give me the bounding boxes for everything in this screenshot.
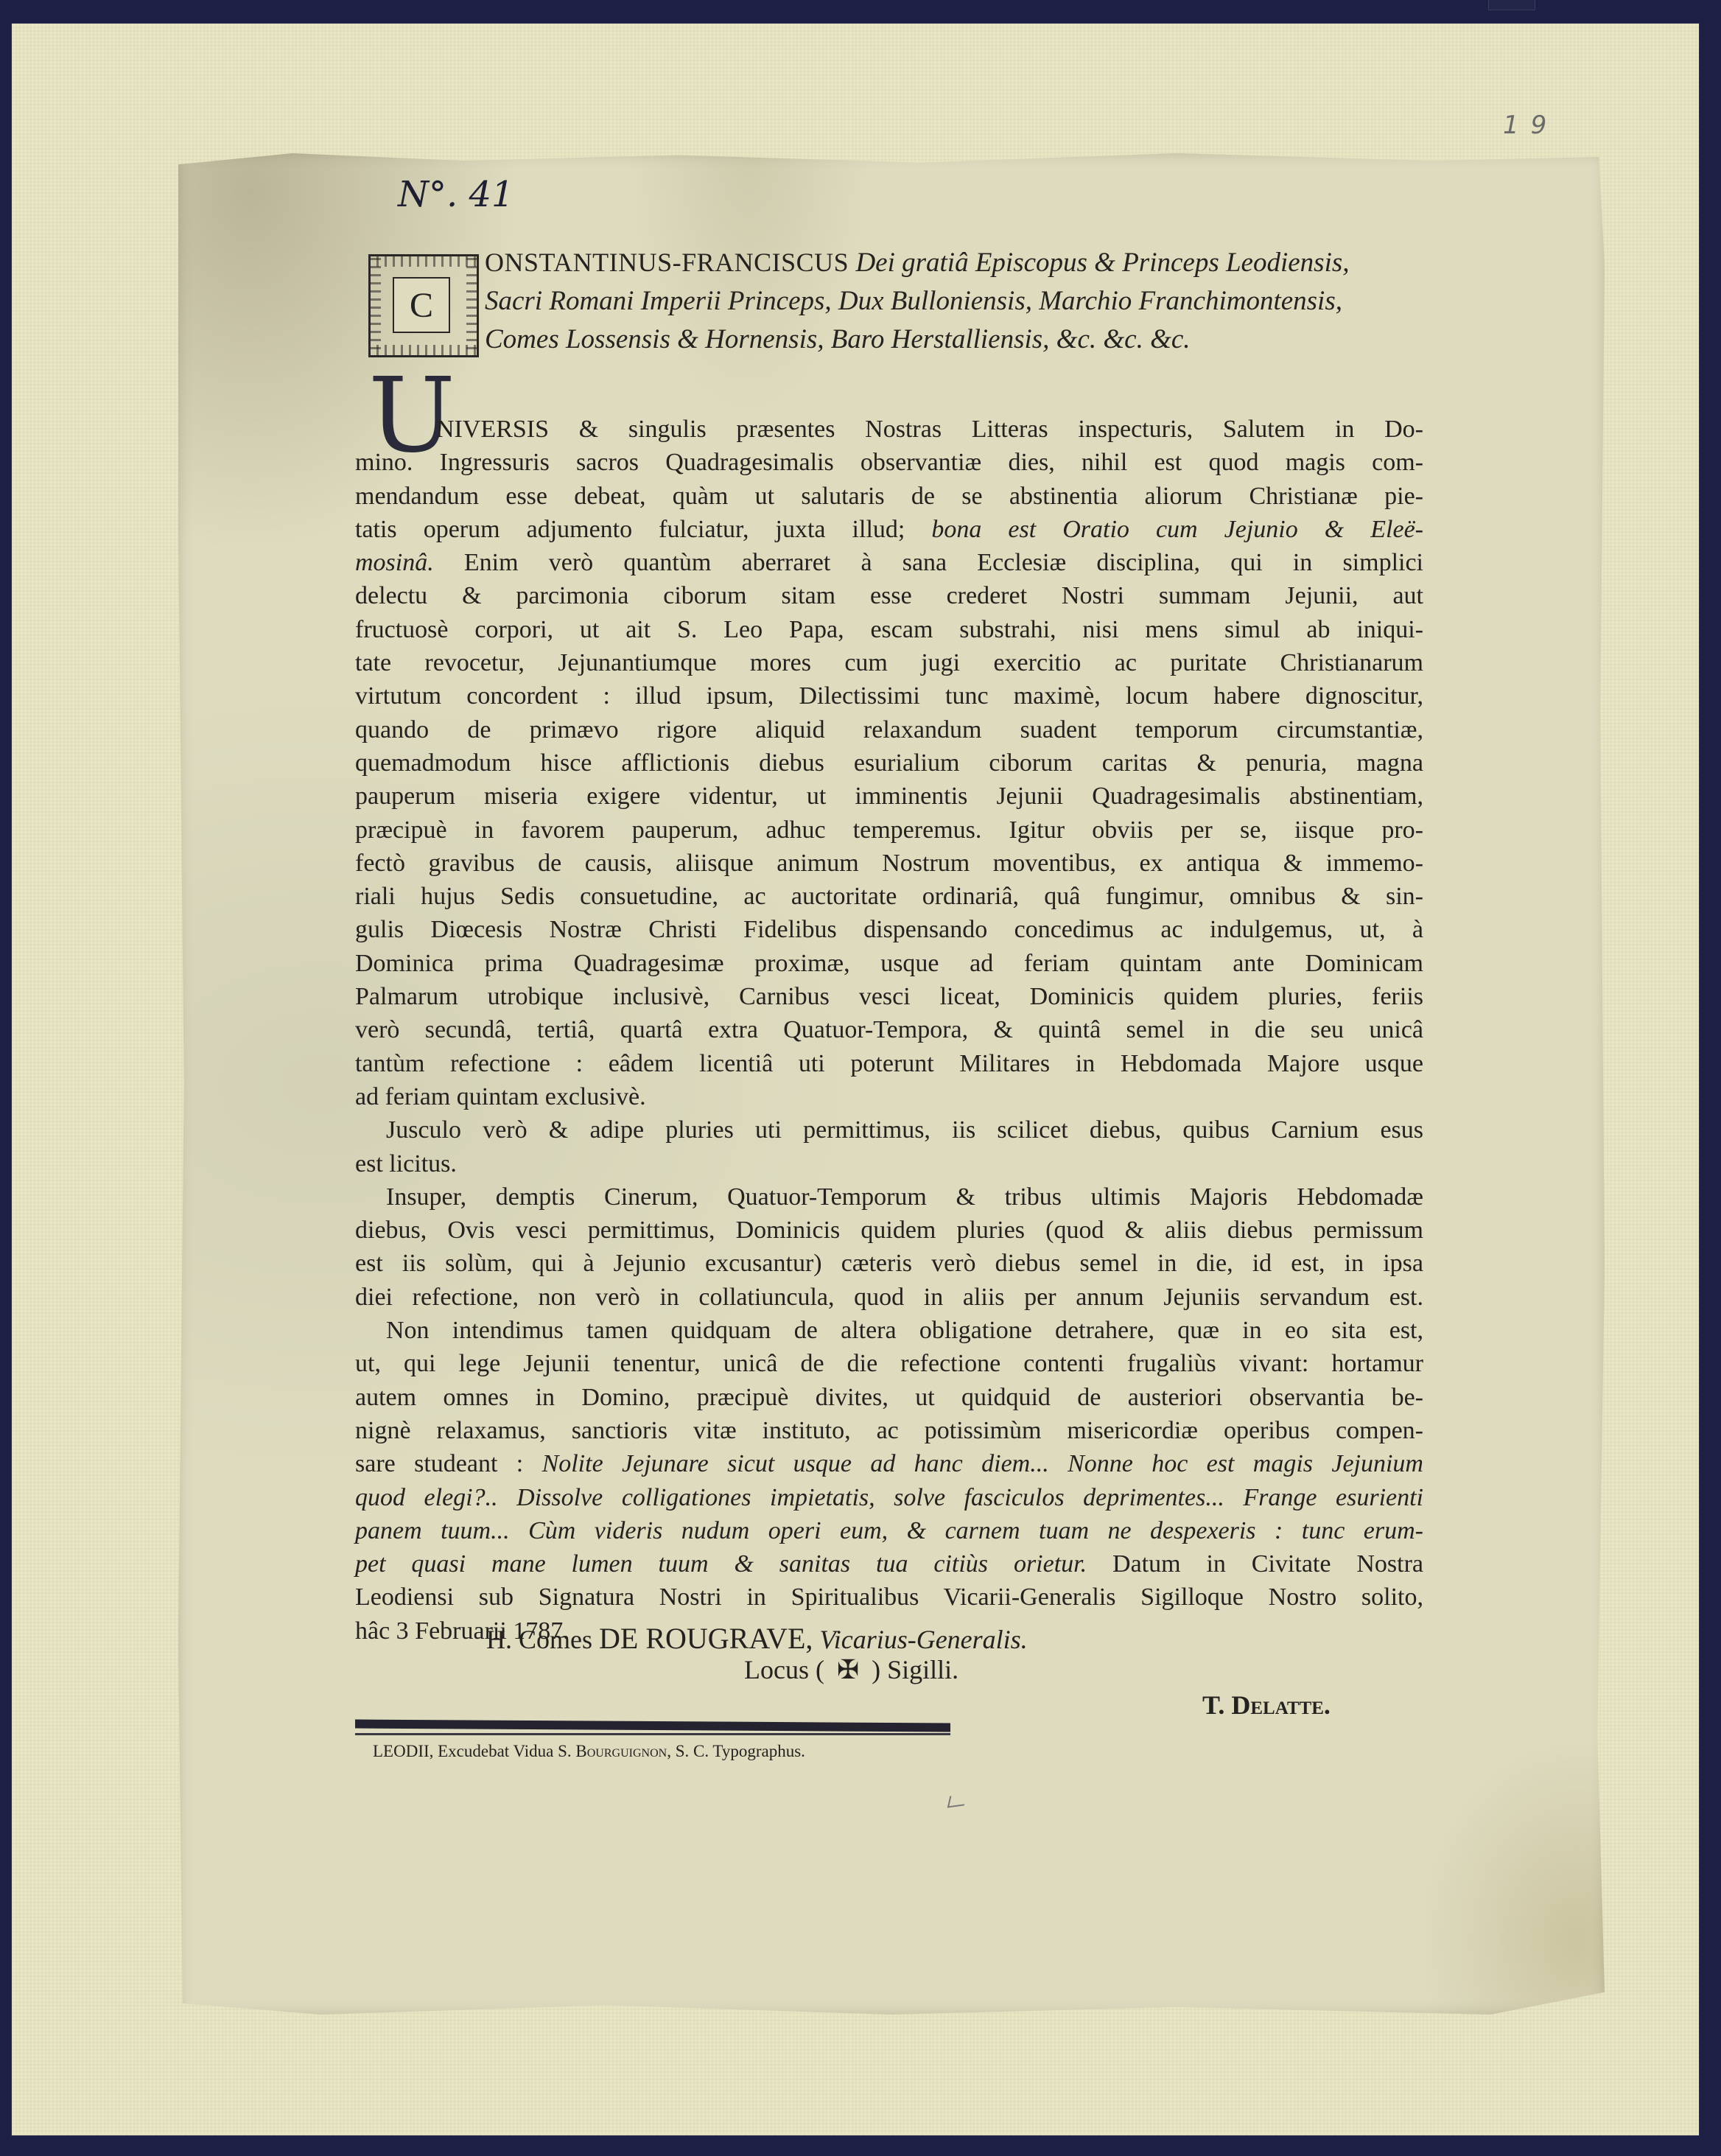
italic-quotation: Nolite Jejunare sicut usque ad hanc diem… [542,1450,1423,1477]
body-line: Jusculo verò & adipe pluries uti permitt… [355,1113,1423,1147]
imprint-rule-thin [355,1733,950,1735]
body-line: mino. Ingressuris sacros Quadragesimalis… [355,446,1423,479]
body-line: est iis solùm, qui à Jejunio excusantur)… [355,1247,1423,1280]
vicar-general-signature: H. Comes DE ROUGRAVE, Vicarius-Generalis… [486,1621,1028,1656]
body-line: diei refectione, non verò in collatiuncu… [355,1281,1423,1314]
ornamental-initial-frame: C [368,254,479,357]
printer-imprint: LEODII, Excudebat Vidua S. Bourguignon, … [373,1742,805,1761]
body-line: mosinâ. Enim verò quantùm aberraret à sa… [355,546,1423,579]
vicar-name: DE ROUGRAVE, [599,1622,813,1655]
body-line: pet quasi mane lumen tuum & sanitas tua … [355,1547,1423,1581]
body-line: Dominica prima Quadragesimæ proximæ, usq… [355,947,1423,980]
handwritten-item-number: N°. 41 [398,174,514,215]
title-line-3: Comes Lossensis & Hornensis, Baro Hersta… [485,321,1435,359]
title-line-2: Sacri Romani Imperii Princeps, Dux Bullo… [485,282,1435,321]
folio-number: 19 [1503,111,1558,140]
body-line: quando de primævo rigore aliquid relaxan… [355,713,1423,746]
body-line: fructuosè corpori, ut ait S. Leo Papa, e… [355,613,1423,646]
body-line: ut, qui lege Jejunii tenentur, unicâ de … [355,1347,1423,1380]
body-line: diebus, Ovis vesci permittimus, Dominici… [355,1214,1423,1247]
body-line: NIVERSIS & singulis præsentes Nostras Li… [355,413,1423,446]
bishop-name: ONSTANTINUS-FRANCISCUS [485,248,849,277]
body-line: virtutum concordent : illud ipsum, Dilec… [355,679,1423,713]
body-line: sare studeant : Nolite Jejunare sicut us… [355,1447,1423,1480]
printer-name: Bourguignon [575,1742,667,1760]
body-line: pauperum miseria exigere videntur, ut im… [355,780,1423,813]
italic-quotation: pet quasi mane lumen tuum & sanitas tua … [355,1550,1087,1578]
body-line: Palmarum utrobique inclusivè, Carnibus v… [355,980,1423,1013]
secretary-signature: T. Delatte. [1202,1690,1331,1721]
body-line: tantùm refectione : eâdem licentiâ uti p… [355,1047,1423,1080]
title-line-1: ONSTANTINUS-FRANCISCUS Dei gratiâ Episco… [485,243,1435,282]
body-line: autem omnes in Domino, præcipuè divites,… [355,1381,1423,1414]
body-line: riali hujus Sedis consuetudine, ac aucto… [355,880,1423,913]
body-line: verò secundâ, tertiâ, quartâ extra Quatu… [355,1013,1423,1046]
body-line: fectò gravibus de causis, aliisque animu… [355,847,1423,880]
body-line: tate revocetur, Jejunantiumque mores cum… [355,646,1423,679]
decree-body: NIVERSIS & singulis præsentes Nostras Li… [355,413,1423,1648]
initial-letter: C [393,277,450,333]
seal-place: Locus ( ✠ ) Sigilli. [744,1654,958,1685]
vicar-title: Vicarius-Generalis. [819,1625,1027,1654]
scanner-tab-mark [1488,0,1535,10]
body-line: delectu & parcimonia ciborum sitam esse … [355,579,1423,612]
body-line: Non intendimus tamen quidquam de altera … [355,1314,1423,1347]
body-line: præcipuè in favorem pauperum, adhuc temp… [355,813,1423,847]
body-line: ad feriam quintam exclusivè. [355,1080,1423,1113]
body-line: est licitus. [355,1147,1423,1180]
title-styling: Dei gratiâ Episcopus & Princeps Leodiens… [855,248,1349,278]
body-line: Leodiensi sub Signatura Nostri in Spirit… [355,1581,1423,1614]
body-line: gulis Diœcesis Nostræ Christi Fidelibus … [355,913,1423,946]
title-block: ONSTANTINUS-FRANCISCUS Dei gratiâ Episco… [485,243,1435,359]
body-line: quod elegi?.. Dissolve colligationes imp… [355,1481,1423,1514]
cross-seal-icon: ✠ [837,1655,859,1684]
body-line: panem tuum... Cùm videris nudum operi eu… [355,1514,1423,1547]
body-line: mendandum esse debeat, quàm ut salutaris… [355,480,1423,513]
italic-quotation: bona est Oratio cum Jejunio & Eleë- [931,516,1423,543]
body-line: quemadmodum hisce afflictionis diebus es… [355,746,1423,780]
body-line: nignè relaxamus, sanctioris vitæ institu… [355,1414,1423,1447]
body-line: Insuper, demptis Cinerum, Quatuor-Tempor… [355,1180,1423,1214]
body-line: tatis operum adjumento fulciatur, juxta … [355,513,1423,546]
italic-quotation: mosinâ. [355,549,434,576]
